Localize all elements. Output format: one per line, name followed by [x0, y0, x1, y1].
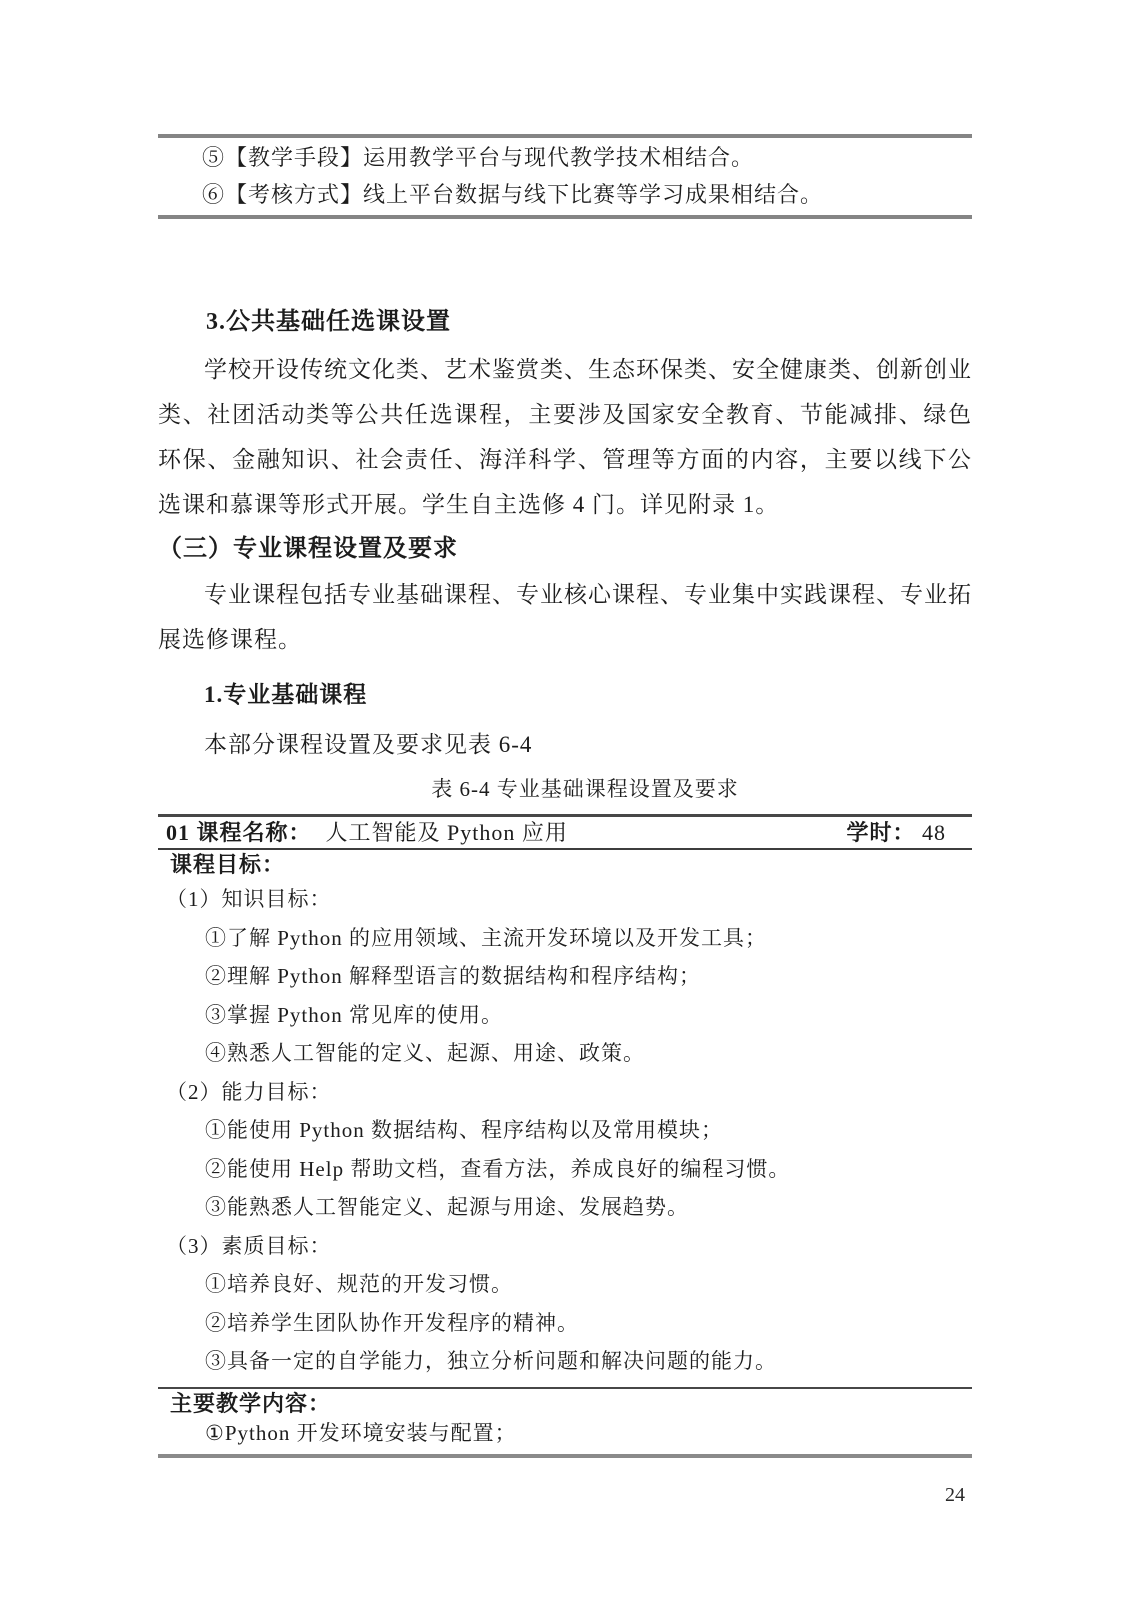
quality-goal-item: ③具备一定的自学能力，独立分析问题和解决问题的能力。 — [158, 1342, 972, 1381]
knowledge-goal-item: ④熟悉人工智能的定义、起源、用途、政策。 — [158, 1034, 972, 1073]
note-line-teaching-method: ⑤【教学手段】运用教学平台与现代教学技术相结合。 — [158, 139, 972, 176]
quality-goal-item: ②培养学生团队协作开发程序的精神。 — [158, 1304, 972, 1343]
course-name: 人工智能及 Python 应用 — [326, 819, 568, 846]
heading-professional-basic-courses: 1.专业基础课程 — [158, 672, 972, 717]
hours-value: 48 — [922, 820, 946, 845]
quality-goals-label: （3）素质目标： — [158, 1227, 972, 1266]
teaching-content-title: 主要教学内容： — [158, 1389, 972, 1419]
paragraph-professional-course-setup: 专业课程包括专业基础课程、专业核心课程、专业集中实践课程、专业拓展选修课程。 — [158, 572, 972, 662]
course-hours: 学时： 48 — [846, 819, 946, 846]
course-table: 01 课程名称： 人工智能及 Python 应用 学时： 48 课程目标： （1… — [158, 814, 972, 1458]
page-number: 24 — [945, 1482, 965, 1508]
paragraph-public-elective-courses: 学校开设传统文化类、艺术鉴赏类、生态环保类、安全健康类、创新创业类、社团活动类等… — [158, 347, 972, 527]
knowledge-goal-item: ③掌握 Python 常见库的使用。 — [158, 996, 972, 1035]
course-header-row: 01 课程名称： 人工智能及 Python 应用 学时： 48 — [158, 817, 972, 850]
teaching-content-section: 主要教学内容： ①Python 开发环境安装与配置； — [158, 1387, 972, 1454]
course-objectives-section: 课程目标： （1）知识目标： ①了解 Python 的应用领域、主流开发环境以及… — [158, 850, 972, 1387]
document-page: ⑤【教学手段】运用教学平台与现代教学技术相结合。 ⑥【考核方式】线上平台数据与线… — [0, 0, 1132, 1600]
table-intro-line: 本部分课程设置及要求见表 6-4 — [158, 722, 972, 767]
ability-goal-item: ①能使用 Python 数据结构、程序结构以及常用模块； — [158, 1111, 972, 1150]
knowledge-goal-item: ②理解 Python 解释型语言的数据结构和程序结构； — [158, 957, 972, 996]
table-caption: 表 6-4 专业基础课程设置及要求 — [158, 772, 972, 806]
teaching-content-item: ①Python 开发环境安装与配置； — [158, 1419, 972, 1448]
knowledge-goal-item: ①了解 Python 的应用领域、主流开发环境以及开发工具； — [158, 919, 972, 958]
page-content: ⑤【教学手段】运用教学平台与现代教学技术相结合。 ⑥【考核方式】线上平台数据与线… — [158, 0, 972, 1458]
heading-public-elective-courses: 3.公共基础任选课设置 — [158, 305, 972, 339]
note-line-assessment-method: ⑥【考核方式】线上平台数据与线下比赛等学习成果相结合。 — [158, 176, 972, 213]
course-number-label: 01 课程名称： — [166, 819, 312, 846]
ability-goal-item: ③能熟悉人工智能定义、起源与用途、发展趋势。 — [158, 1188, 972, 1227]
objectives-title: 课程目标： — [158, 850, 972, 880]
ability-goal-item: ②能使用 Help 帮助文档，查看方法，养成良好的编程习惯。 — [158, 1150, 972, 1189]
teaching-notes-block: ⑤【教学手段】运用教学平台与现代教学技术相结合。 ⑥【考核方式】线上平台数据与线… — [158, 134, 972, 219]
ability-goals-label: （2）能力目标： — [158, 1073, 972, 1112]
quality-goal-item: ①培养良好、规范的开发习惯。 — [158, 1265, 972, 1304]
hours-label: 学时： — [846, 820, 915, 845]
heading-professional-course-setup: （三）专业课程设置及要求 — [158, 527, 972, 572]
knowledge-goals-label: （1）知识目标： — [158, 880, 972, 919]
